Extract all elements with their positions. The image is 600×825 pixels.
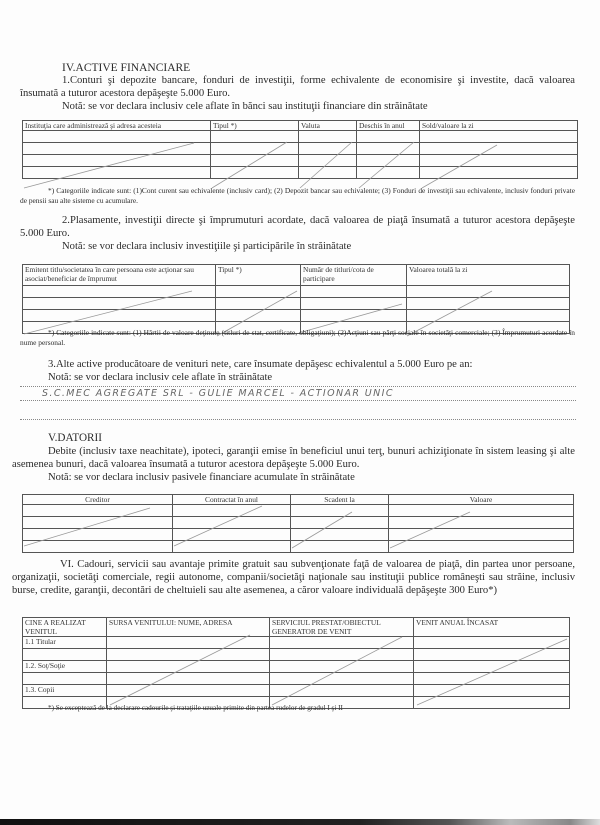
table-row: [23, 155, 578, 167]
col-header-type: Tipul *): [216, 265, 301, 286]
col-header-value: Valoare: [389, 495, 574, 505]
table-cell: [107, 661, 270, 673]
row-label-spouse: 1.2. Soţ/Soţie: [23, 661, 107, 673]
table-cell: [414, 661, 570, 673]
col-header-service: SERVICIUL PRESTAT/OBIECTUL GENERATOR DE …: [270, 618, 414, 637]
dotted-line: [20, 400, 576, 401]
gifts-table: CINE A REALIZAT VENITUL SURSA VENITULUI:…: [22, 617, 570, 709]
table-cell: [216, 298, 301, 310]
table-row: [23, 310, 570, 322]
table-cell: [414, 649, 570, 661]
table-cell: [414, 697, 570, 709]
table-cell: [291, 541, 389, 553]
table-cell: [299, 131, 357, 143]
table-cell: [173, 541, 291, 553]
table-cell: [414, 673, 570, 685]
table-cell: [357, 143, 420, 155]
table-row: [23, 505, 574, 517]
table-cell: [407, 286, 570, 298]
col-header-currency: Valuta: [299, 121, 357, 131]
table-row: [23, 649, 570, 661]
table-cell: [420, 143, 578, 155]
table-cell: [291, 517, 389, 529]
table-row: [23, 143, 578, 155]
table-cell: [270, 673, 414, 685]
table-cell: [211, 155, 299, 167]
table-cell: [414, 685, 570, 697]
section-iv-item1-note: Notă: se vor declara inclusiv cele aflat…: [62, 100, 428, 113]
table-cell: [389, 517, 574, 529]
section-iv-item3-text: 3.Alte active producătoare de venituri n…: [48, 358, 472, 371]
dotted-line: [20, 419, 576, 420]
table-cell: [420, 155, 578, 167]
col-header-balance: Sold/valoare la zi: [420, 121, 578, 131]
table-cell: [23, 529, 173, 541]
table-cell: [414, 637, 570, 649]
table-cell: [23, 143, 211, 155]
table-cell: [107, 685, 270, 697]
accounts-table: Instituţia care administrează şi adresa …: [22, 120, 578, 179]
table-cell: [357, 131, 420, 143]
table-cell: [420, 131, 578, 143]
table-cell: [107, 673, 270, 685]
dotted-line: [20, 386, 576, 387]
table-cell: [23, 131, 211, 143]
table-row: [23, 673, 570, 685]
section-iv-item2-text: 2.Plasamente, investiţii directe şi împr…: [20, 214, 575, 240]
table-cell: [173, 529, 291, 541]
table-cell: [407, 298, 570, 310]
table-cell: [211, 143, 299, 155]
table-cell: [23, 649, 107, 661]
scan-edge: [0, 819, 600, 825]
table-cell: [299, 155, 357, 167]
col-header-annual-income: VENIT ANUAL ÎNCASAT: [414, 618, 570, 637]
table-cell: [173, 505, 291, 517]
table-cell: [23, 286, 216, 298]
col-header-shares: Număr de titluri/cota de participare: [301, 265, 407, 286]
table-cell: [291, 505, 389, 517]
section-v-note: Notă: se vor declara inclusiv pasivele f…: [48, 471, 355, 484]
table-cell: [299, 167, 357, 179]
section-iv-item2-note: Notă: se vor declara inclusiv investiţii…: [62, 240, 351, 253]
table-cell: [270, 649, 414, 661]
table-cell: [357, 167, 420, 179]
col-header-due-date: Scadent la: [291, 495, 389, 505]
section-vi-footnote: *) Se exceptează de la declarare cadouri…: [48, 704, 343, 713]
table-cell: [299, 143, 357, 155]
section-iv-item2-footnote: *) Categoriile indicate sunt: (1) Hârtii…: [20, 328, 575, 348]
table-cell: [420, 167, 578, 179]
table-row: [23, 541, 574, 553]
table-cell: [389, 541, 574, 553]
col-header-total-value: Valoarea totală la zi: [407, 265, 570, 286]
table-cell: [23, 541, 173, 553]
table-cell: [107, 637, 270, 649]
table-cell: [270, 637, 414, 649]
col-header-who: CINE A REALIZAT VENITUL: [23, 618, 107, 637]
col-header-issuer: Emitent titlu/societatea în care persoan…: [23, 265, 216, 286]
investments-table: Emitent titlu/societatea în care persoan…: [22, 264, 570, 334]
table-row: [23, 286, 570, 298]
section-v-title: V.DATORII: [48, 432, 102, 444]
table-cell: [23, 310, 216, 322]
col-header-source: SURSA VENITULUI: NUME, ADRESA: [107, 618, 270, 637]
debts-table: Creditor Contractat în anul Scadent la V…: [22, 494, 574, 553]
table-cell: [211, 131, 299, 143]
table-cell: [216, 310, 301, 322]
table-cell: [407, 310, 570, 322]
col-header-institution: Instituţia care administrează şi adresa …: [23, 121, 211, 131]
col-header-opened-year: Deschis în anul: [357, 121, 420, 131]
table-row: [23, 298, 570, 310]
table-cell: [23, 517, 173, 529]
table-cell: [301, 286, 407, 298]
section-vi-text: VI. Cadouri, servicii sau avantaje primi…: [12, 558, 575, 597]
col-header-type: Tipul *): [211, 121, 299, 131]
table-row: 1.1 Titular: [23, 637, 570, 649]
col-header-creditor: Creditor: [23, 495, 173, 505]
table-cell: [23, 673, 107, 685]
table-cell: [23, 298, 216, 310]
table-row: [23, 529, 574, 541]
table-row: [23, 167, 578, 179]
table-cell: [23, 155, 211, 167]
section-iv-title: IV.ACTIVE FINANCIARE: [62, 62, 190, 74]
section-iv-item1-text: 1.Conturi şi depozite bancare, fonduri d…: [20, 74, 575, 100]
table-cell: [301, 310, 407, 322]
table-row: [23, 517, 574, 529]
table-cell: [270, 685, 414, 697]
handwritten-entry: S.C.MEC AGREGATE SRL - GULIE MARCEL - AC…: [42, 388, 394, 399]
table-cell: [173, 517, 291, 529]
table-cell: [23, 505, 173, 517]
row-label-children: 1.3. Copii: [23, 685, 107, 697]
table-row: 1.3. Copii: [23, 685, 570, 697]
section-v-text: Debite (inclusiv taxe neachitate), ipote…: [12, 445, 575, 471]
table-cell: [389, 529, 574, 541]
section-iv-item1-footnote: *) Categoriile indicate sunt: (1)Cont cu…: [20, 186, 575, 206]
row-label-titular: 1.1 Titular: [23, 637, 107, 649]
table-cell: [270, 661, 414, 673]
table-row: [23, 131, 578, 143]
table-cell: [389, 505, 574, 517]
table-cell: [291, 529, 389, 541]
section-iv-item3-note: Notă: se vor declara inclusiv cele aflat…: [48, 371, 272, 384]
table-cell: [107, 649, 270, 661]
table-cell: [301, 298, 407, 310]
table-cell: [23, 167, 211, 179]
table-row: 1.2. Soţ/Soţie: [23, 661, 570, 673]
table-cell: [211, 167, 299, 179]
table-cell: [357, 155, 420, 167]
col-header-contracted-year: Contractat în anul: [173, 495, 291, 505]
table-cell: [216, 286, 301, 298]
